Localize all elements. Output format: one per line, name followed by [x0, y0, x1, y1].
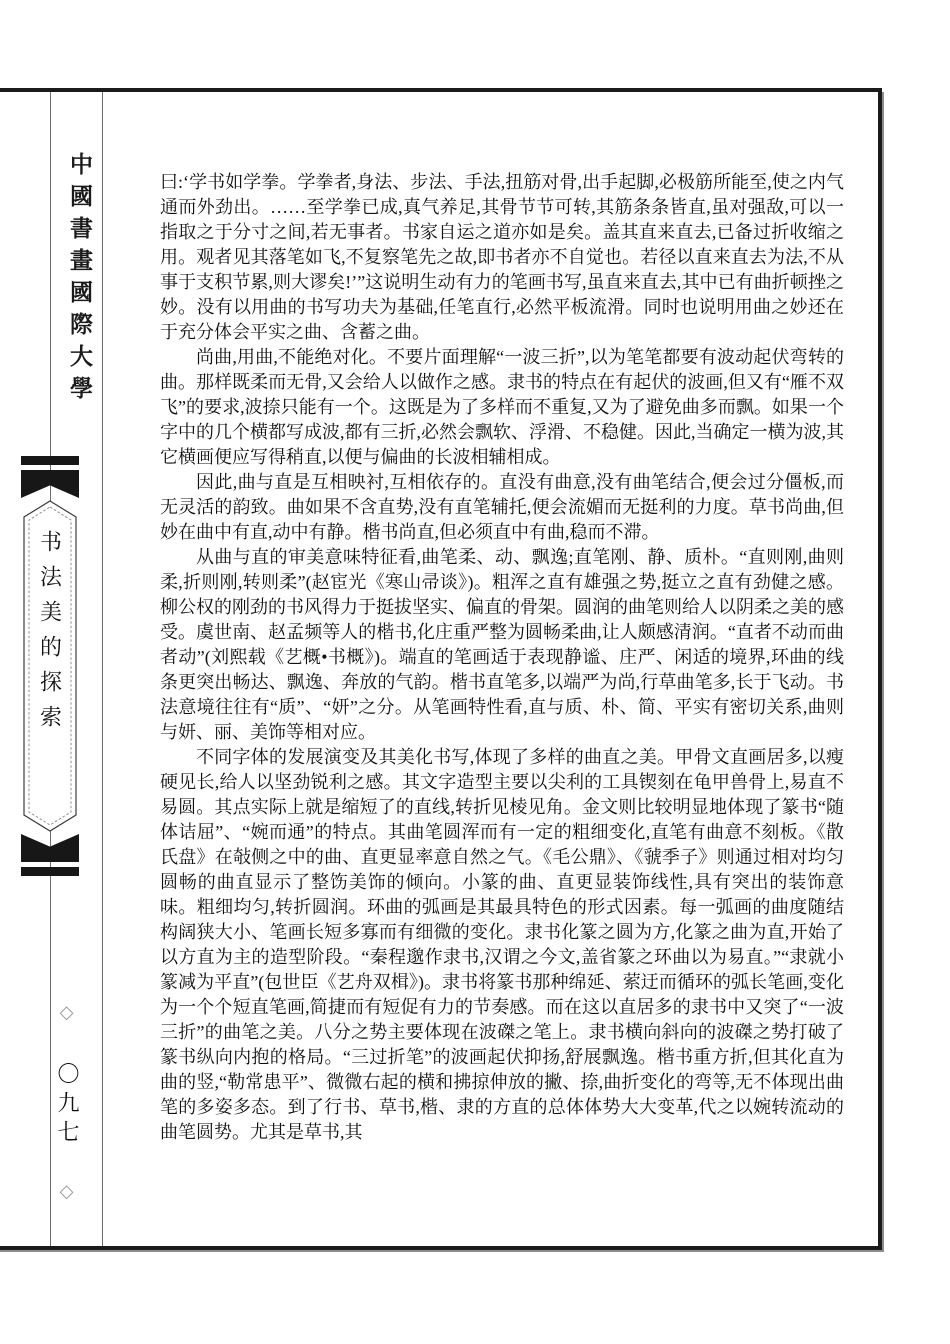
page-number-column: ◇ 〇九七 ◇ — [56, 1002, 78, 1209]
diamond-ornament-bottom: ◇ — [57, 1181, 77, 1209]
book-page: { "page": { "institution": "中國書畫國際大學", "… — [0, 0, 950, 1344]
banner-ribbon-chevron-bottom — [21, 834, 79, 862]
banner-ribbon-chevron-top — [21, 470, 79, 498]
title-banner: 书法美的探索 — [21, 456, 79, 876]
banner-ribbon-thin-top — [21, 456, 79, 465]
body-paragraph: 曰:‘学书如学拳。学拳者,身法、步法、手法,扭筋对骨,出手起脚,必极筋所能至,使… — [160, 170, 844, 345]
body-paragraph: 不同字体的发展演变及其美化书写,体现了多样的曲直之美。甲骨文直画居多,以瘦硬见长… — [160, 745, 844, 1145]
article-body: 曰:‘学书如学拳。学拳者,身法、步法、手法,扭筋对骨,出手起脚,必极筋所能至,使… — [160, 170, 844, 1145]
body-paragraph: 因此,曲与直是互相映衬,互相依存的。直没有曲意,没有曲笔结合,便会过分僵板,而无… — [160, 470, 844, 545]
banner-box: 书法美的探索 — [23, 500, 77, 832]
diamond-ornament-top: ◇ — [57, 1002, 77, 1030]
page-number: 〇九七 — [55, 1062, 80, 1149]
sidebar-rule-right — [102, 92, 103, 1246]
banner-ribbon-thin-bottom — [21, 867, 79, 876]
body-paragraph: 尚曲,用曲,不能绝对化。不要片面理解“一波三折”,以为笔笔都要有波动起伏弯转的曲… — [160, 345, 844, 470]
institution-name-vertical: 中國書畫國際大學 — [63, 152, 96, 408]
book-title-vertical: 书法美的探索 — [35, 530, 66, 740]
body-paragraph: 从曲与直的审美意味特征看,曲笔柔、动、飘逸;直笔刚、静、质朴。“直则刚,曲则柔,… — [160, 545, 844, 745]
